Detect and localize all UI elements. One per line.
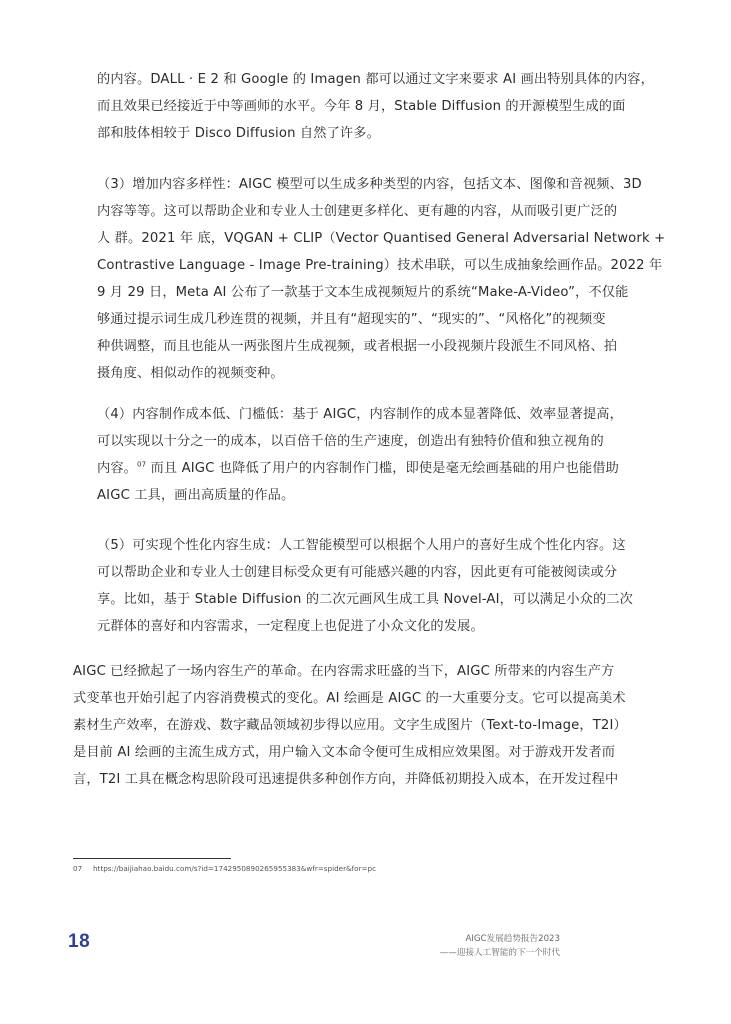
footnote-number: 07 bbox=[73, 864, 93, 874]
text-line: 9 月 29 日，Meta AI 公布了一款基于文本生成视频短片的系统“Make… bbox=[97, 284, 629, 302]
footnote-divider bbox=[73, 858, 231, 859]
text-line: 的内容。DALL · E 2 和 Google 的 Imagen 都可以通过文字… bbox=[97, 71, 654, 89]
text-line: 人 群。2021 年 底，VQGAN + CLIP（Vector Quantis… bbox=[97, 230, 665, 248]
report-subtitle: ——迎接人工智能的下一个时代 bbox=[440, 946, 560, 960]
text-line: AIGC 已经掀起了一场内容生产的革命。在内容需求旺盛的当下，AIGC 所带来的… bbox=[73, 663, 614, 681]
text-line: （4）内容制作成本低、门槛低：基于 AIGC，内容制作的成本显著降低、效率显著提… bbox=[97, 406, 623, 424]
report-title: AIGC发展趋势报告2023 bbox=[440, 932, 560, 946]
text-line: 部和肢体相较于 Disco Diffusion 自然了许多。 bbox=[97, 125, 380, 143]
text-segment: 内容。 bbox=[97, 461, 137, 476]
text-line: 享。比如，基于 Stable Diffusion 的二次元画风生成工具 Nove… bbox=[97, 591, 633, 609]
text-line: Contrastive Language - Image Pre-trainin… bbox=[97, 257, 662, 275]
text-line: 言，T2I 工具在概念构思阶段可迅速提供多种创作方向，并降低初期投入成本，在开发… bbox=[73, 771, 618, 789]
text-line: 内容等等。这可以帮助企业和专业人士创建更多样化、更有趣的内容，从而吸引更广泛的 bbox=[97, 203, 617, 221]
text-line: 元群体的喜好和内容需求，一定程度上也促进了小众文化的发展。 bbox=[97, 618, 484, 636]
text-line: 可以帮助企业和专业人士创建目标受众更有可能感兴趣的内容，因此更有可能被阅读或分 bbox=[97, 564, 617, 582]
text-line: 而且效果已经接近于中等画师的水平。今年 8 月，Stable Diffusion… bbox=[97, 98, 625, 116]
text-line: 素材生产效率，在游戏、数字藏品领域初步得以应用。文字生成图片（Text-to-I… bbox=[73, 717, 627, 735]
text-line: 摄角度、相似动作的视频变种。 bbox=[97, 365, 284, 383]
text-line: 内容。07 而且 AIGC 也降低了用户的内容制作门槛，即使是毫无绘画基础的用户… bbox=[97, 460, 619, 478]
page-number: 18 bbox=[68, 931, 90, 953]
document-page: 的内容。DALL · E 2 和 Google 的 Imagen 都可以通过文字… bbox=[0, 0, 731, 1024]
text-line: 式变革也开始引起了内容消费模式的变化。AI 绘画是 AIGC 的一大重要分支。它… bbox=[73, 690, 626, 708]
text-segment: 而且 AIGC 也降低了用户的内容制作门槛，即使是毫无绘画基础的用户也能借助 bbox=[146, 461, 619, 476]
text-line: （3）增加内容多样性：AIGC 模型可以生成多种类型的内容，包括文本、图像和音视… bbox=[97, 176, 642, 194]
text-line: 种供调整，而且也能从一两张图片生成视频，或者根据一小段视频片段派生不同风格、拍 bbox=[97, 338, 617, 356]
text-line: 是目前 AI 绘画的主流生成方式，用户输入文本命令便可生成相应效果图。对于游戏开… bbox=[73, 744, 615, 762]
text-line: 够通过提示词生成几秒连贯的视频，并且有“超现实的”、“现实的”、“风格化”的视频… bbox=[97, 311, 606, 329]
text-line: 可以实现以十分之一的成本，以百倍千倍的生产速度，创造出有独特价值和独立视角的 bbox=[97, 433, 604, 451]
running-header: AIGC发展趋势报告2023 ——迎接人工智能的下一个时代 bbox=[440, 932, 560, 960]
footnote-link[interactable]: https://baijiahao.baidu.com/s?id=1742950… bbox=[93, 864, 376, 873]
text-line: AIGC 工具，画出高质量的作品。 bbox=[97, 487, 294, 505]
footnote-reference[interactable]: 07 bbox=[137, 461, 146, 469]
text-line: （5）可实现个性化内容生成：人工智能模型可以根据个人用户的喜好生成个性化内容。这 bbox=[97, 537, 626, 555]
footnote: 07https://baijiahao.baidu.com/s?id=17429… bbox=[73, 864, 376, 874]
